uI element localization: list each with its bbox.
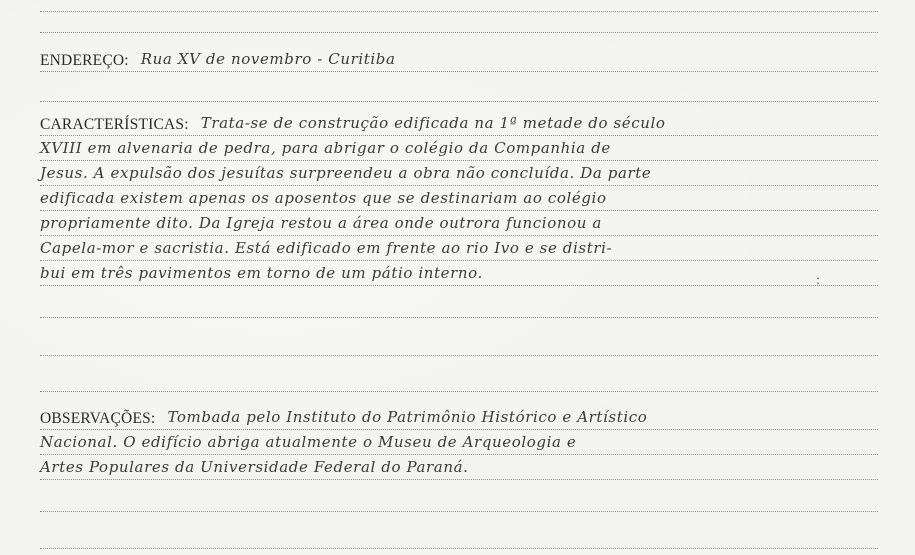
characteristics-line-4: edificada existem apenas os aposentos qu… <box>40 186 878 211</box>
observations-line-2: Nacional. O edifício abriga atualmente o… <box>40 430 878 455</box>
observations-text: Tombada pelo Instituto do Patrimônio His… <box>167 408 647 426</box>
blank-line <box>40 8 878 33</box>
owner-label: PROPRIETÁRIO: <box>40 0 158 4</box>
observations-text: Artes Populares da Universidade Federal … <box>40 458 469 476</box>
observations-text: Nacional. O edifício abriga atualmente o… <box>40 433 576 451</box>
address-label: ENDEREÇO: <box>40 52 129 69</box>
characteristics-text: Capela-mor e sacristia. Está edificado e… <box>40 239 612 257</box>
observations-label: OBSERVAÇÕES: <box>40 410 155 427</box>
blank-line <box>40 293 878 318</box>
address-value: Rua XV de novembro - Curitiba <box>141 50 396 68</box>
characteristics-text: edificada existem apenas os aposentos qu… <box>40 189 607 207</box>
blank-line <box>40 77 878 102</box>
characteristics-line-7: bui em três pavimentos em torno de um pá… <box>40 261 878 286</box>
characteristics-line-1: CARACTERÍSTICAS: Trata-se de construção … <box>40 111 878 136</box>
characteristics-label: CARACTERÍSTICAS: <box>40 116 189 133</box>
characteristics-text: propriamente dito. Da Igreja restou a ár… <box>40 214 602 232</box>
address-field: ENDEREÇO: Rua XV de novembro - Curitiba <box>40 47 878 72</box>
characteristics-text: Trata-se de construção edificada na 1ª m… <box>201 114 666 132</box>
scanned-form-page: PROPRIETÁRIO: ENDEREÇO: Rua XV de novemb… <box>0 0 915 555</box>
characteristics-line-2: XVIII em alvenaria de pedra, para abriga… <box>40 136 878 161</box>
characteristics-text: Jesus. A expulsão dos jesuítas surpreend… <box>40 164 651 182</box>
characteristics-line-3: Jesus. A expulsão dos jesuítas surpreend… <box>40 161 878 186</box>
colon-mark: : <box>816 273 820 289</box>
characteristics-line-5: propriamente dito. Da Igreja restou a ár… <box>40 211 878 236</box>
blank-line <box>40 524 878 549</box>
blank-line <box>40 487 878 512</box>
characteristics-text: bui em três pavimentos em torno de um pá… <box>40 264 483 282</box>
characteristics-line-6: Capela-mor e sacristia. Está edificado e… <box>40 236 878 261</box>
characteristics-text: XVIII em alvenaria de pedra, para abriga… <box>40 139 611 157</box>
blank-line <box>40 367 878 392</box>
blank-line <box>40 331 878 356</box>
observations-line-1: OBSERVAÇÕES: Tombada pelo Instituto do P… <box>40 405 878 430</box>
observations-line-3: Artes Populares da Universidade Federal … <box>40 455 878 480</box>
